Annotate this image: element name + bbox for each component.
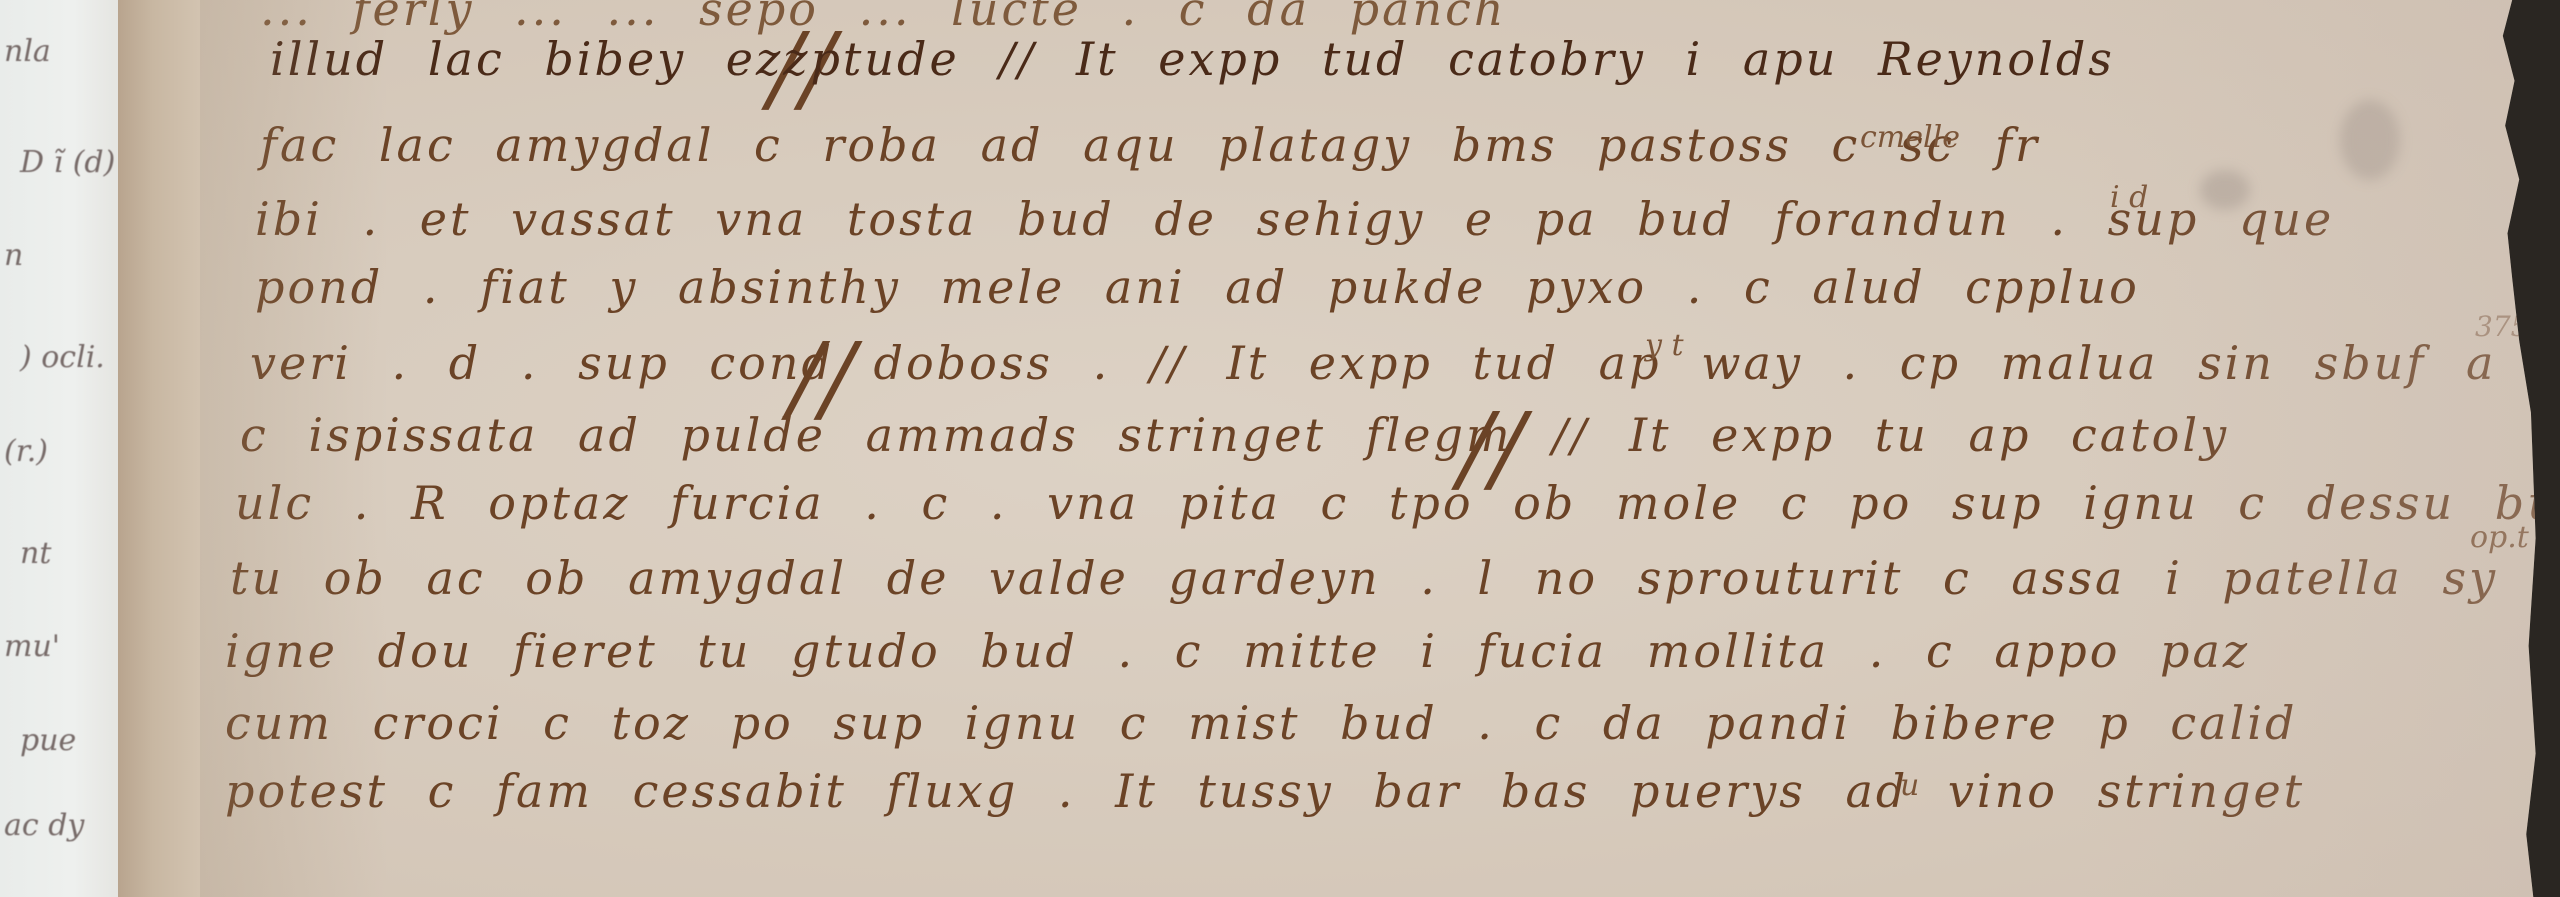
section-divider-slashes: // bbox=[780, 330, 865, 426]
right-margin-note: op.t bbox=[2470, 520, 2529, 555]
manuscript-line: cum croci c toz po sup ignu c mist bud .… bbox=[225, 700, 2297, 746]
manuscript-line: potest c fam cessabit fluxg . It tussy b… bbox=[225, 768, 2305, 814]
facing-page-text: D ĩ (d) bbox=[20, 145, 115, 180]
facing-page-text: ) ocli. bbox=[20, 340, 105, 375]
manuscript-line: ibi . et vassat vna tosta bud de sehigy … bbox=[255, 196, 2334, 242]
interlinear-gloss: cmelle bbox=[1860, 120, 1960, 155]
folio-mark: 375 bbox=[2475, 310, 2528, 343]
manuscript-line: ulc . R optaz furcia . c . vna pita c tp… bbox=[235, 480, 2560, 526]
manuscript-line: ... ferly ... ... sepo ... lucte . c da … bbox=[260, 0, 1507, 32]
manuscript-line: pond . fiat y absinthy mele ani ad pukde… bbox=[255, 264, 2140, 310]
section-divider-slashes: // bbox=[760, 20, 845, 116]
facing-page-margin: nlaD ĩ (d)n) ocli.(r.)ntmu'pueac dy bbox=[0, 0, 122, 897]
manuscript-line: c ispissata ad pulde ammads stringet fle… bbox=[240, 412, 2229, 458]
facing-page-text: ac dy bbox=[4, 808, 84, 843]
facing-page-text: n bbox=[4, 238, 23, 273]
manuscript-line: igne dou fieret tu gtudo bud . c mitte i… bbox=[225, 628, 2250, 674]
interlinear-gloss: y t bbox=[1645, 328, 1684, 363]
facing-page-text: (r.) bbox=[4, 434, 48, 469]
facing-page-text: nt bbox=[20, 536, 51, 571]
manuscript-leaf: // // // 375 ... ferly ... ... sepo ... … bbox=[200, 0, 2545, 897]
stain-mark bbox=[2340, 100, 2400, 180]
interlinear-gloss: u bbox=[1900, 768, 1919, 803]
facing-page-text: pue bbox=[20, 723, 76, 758]
manuscript-line: tu ob ac ob amygdal de valde gardeyn . l… bbox=[230, 555, 2498, 601]
manuscript-line: veri . d . sup cond doboss . // It expp … bbox=[250, 340, 2496, 386]
section-divider-slashes: // bbox=[1450, 400, 1535, 496]
facing-page-text: mu' bbox=[4, 629, 60, 664]
manuscript-line: fac lac amygdal c roba ad aqu platagy bm… bbox=[260, 122, 2040, 168]
manuscript-line: illud lac bibey ezzptude // It expp tud … bbox=[270, 36, 2115, 82]
interlinear-gloss: i d bbox=[2110, 180, 2148, 215]
stain-mark bbox=[2200, 170, 2250, 210]
facing-page-text: nla bbox=[4, 34, 51, 69]
